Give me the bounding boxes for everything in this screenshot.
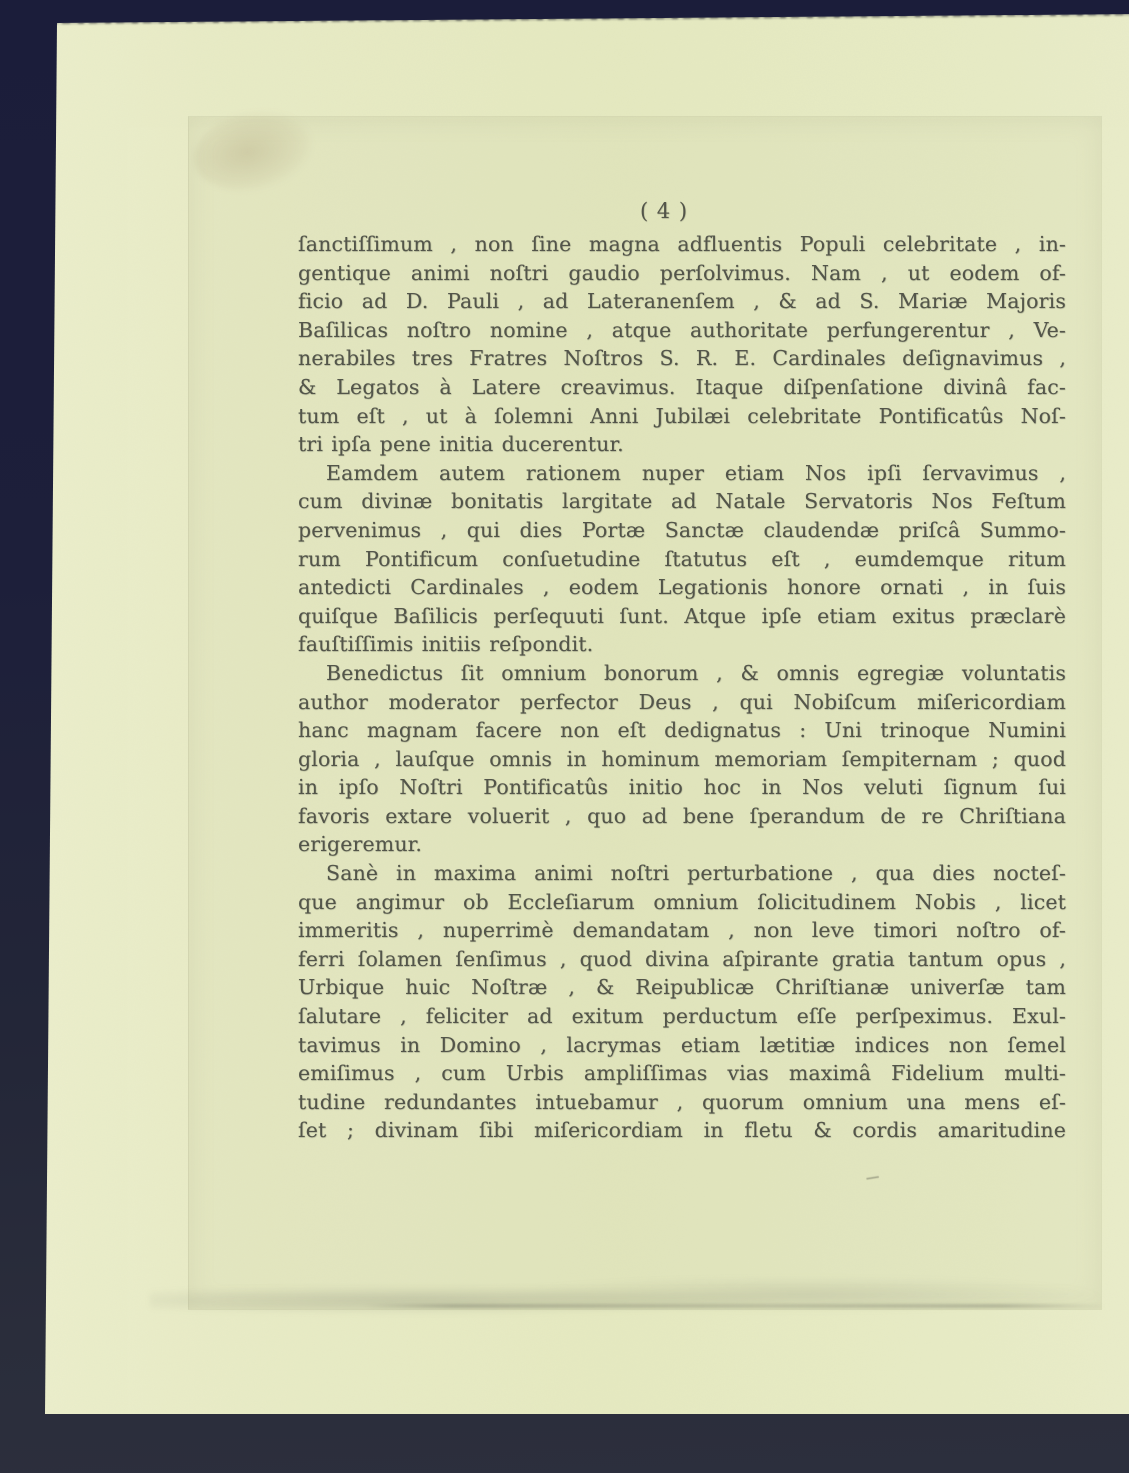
text-line: cum divinæ bonitatis largitate ad Natale… bbox=[298, 487, 1066, 516]
text-line: emiſimus , cum Urbis ampliſſimas vias ma… bbox=[298, 1059, 1066, 1088]
text-line: Urbique huic Noſtræ , & Reipublicæ Chriſ… bbox=[298, 973, 1066, 1002]
text-line: hanc magnam facere non eſt dedignatus : … bbox=[298, 716, 1066, 745]
text-line: in ipſo Noſtri Pontificatûs initio hoc i… bbox=[298, 773, 1066, 802]
text-line: gloria , lauſque omnis in hominum memori… bbox=[298, 745, 1066, 774]
text-line: tavimus in Domino , lacrymas etiam lætit… bbox=[298, 1031, 1066, 1060]
bottom-smudge-line bbox=[365, 1304, 1105, 1308]
text-line: rum Pontificum conſuetudine ſtatutus eſt… bbox=[298, 545, 1066, 574]
text-line: tudine redundantes intuebamur , quorum o… bbox=[298, 1088, 1066, 1117]
text-line: erigeremur. bbox=[298, 830, 1066, 859]
text-line: antedicti Cardinales , eodem Legationis … bbox=[298, 573, 1066, 602]
paragraphs: ſanctiſſimum , non ſine magna adfluentis… bbox=[298, 230, 1066, 1145]
paper-sheet: ( 4 ) ſanctiſſimum , non ſine magna adfl… bbox=[45, 14, 1129, 1414]
page-number: ( 4 ) bbox=[280, 198, 1048, 224]
text-line: pervenimus , qui dies Portæ Sanctæ claud… bbox=[298, 516, 1066, 545]
bottom-smudge bbox=[150, 1276, 1110, 1320]
text-line: & Legatos à Latere creavimus. Itaque diſ… bbox=[298, 373, 1066, 402]
text-line: tri ipſa pene initia ducerentur. bbox=[298, 430, 1066, 459]
paper-torn-edge bbox=[51, 9, 1129, 24]
text-line: Eamdem autem rationem nuper etiam Nos ip… bbox=[298, 459, 1066, 488]
text-line: author moderator perfector Deus , qui No… bbox=[298, 688, 1066, 717]
text-line: ferri ſolamen ſenſimus , quod divina aſp… bbox=[298, 945, 1066, 974]
text-line: quiſque Baſilicis perſequuti ſunt. Atque… bbox=[298, 602, 1066, 631]
text-line: Benedictus ſit omnium bonorum , & omnis … bbox=[298, 659, 1066, 688]
text-line: fauſtiſſimis initiis reſpondit. bbox=[298, 630, 1066, 659]
page-text-block: ( 4 ) ſanctiſſimum , non ſine magna adfl… bbox=[298, 198, 1066, 1145]
text-line: ſet ; divinam ſibi miſericordiam in flet… bbox=[298, 1116, 1066, 1145]
text-line: Baſilicas noſtro nomine , atque authorit… bbox=[298, 316, 1066, 345]
text-line: que angimur ob Eccleſiarum omnium ſolici… bbox=[298, 888, 1066, 917]
text-line: favoris extare voluerit , quo ad bene ſp… bbox=[298, 802, 1066, 831]
text-line: Sanè in maxima animi noſtri perturbation… bbox=[298, 859, 1066, 888]
text-line: immeritis , nuperrimè demandatam , non l… bbox=[298, 916, 1066, 945]
text-line: ſanctiſſimum , non ſine magna adfluentis… bbox=[298, 230, 1066, 259]
scanned-document-page: { "document": { "page_header": "( 4 )", … bbox=[0, 0, 1129, 1473]
text-line: nerabiles tres Fratres Noſtros S. R. E. … bbox=[298, 344, 1066, 373]
text-line: gentique animi noſtri gaudio perſolvimus… bbox=[298, 259, 1066, 288]
text-line: ſalutare , feliciter ad exitum perductum… bbox=[298, 1002, 1066, 1031]
text-line: tum eſt , ut à ſolemni Anni Jubilæi cele… bbox=[298, 402, 1066, 431]
text-line: ficio ad D. Pauli , ad Lateranenſem , & … bbox=[298, 287, 1066, 316]
